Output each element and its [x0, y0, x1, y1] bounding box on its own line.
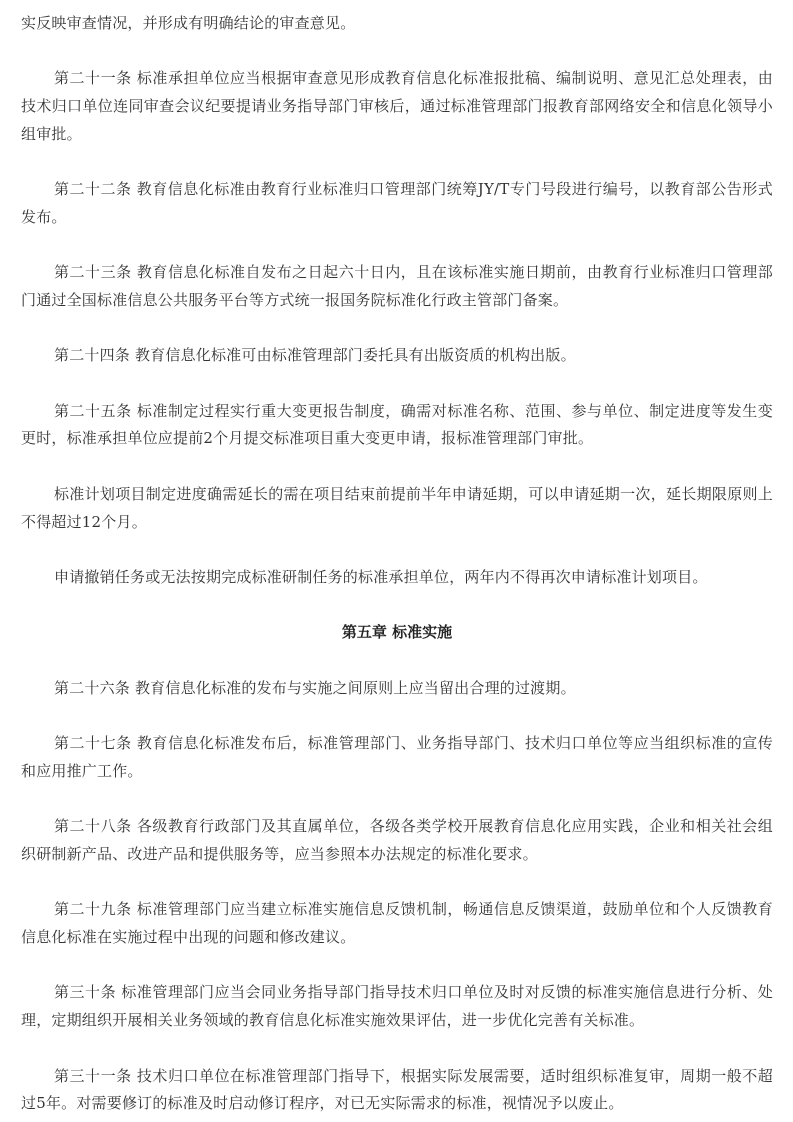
chapter-heading: 第五章 标准实施 [21, 619, 773, 647]
article-22: 第二十二条 教育信息化标准由教育行业标准归口管理部门统筹JY/T专门号段进行编号… [21, 176, 773, 231]
article-25-withdrawal-clause: 申请撤销任务或无法按期完成标准研制任务的标准承担单位，两年内不得再次申请标准计划… [21, 564, 773, 592]
article-27: 第二十七条 教育信息化标准发布后，标准管理部门、业务指导部门、技术归口单位等应当… [21, 730, 773, 785]
article-30: 第三十条 标准管理部门应当会同业务指导部门指导技术归口单位及时对反馈的标准实施信… [21, 979, 773, 1034]
article-31: 第三十一条 技术归口单位在标准管理部门指导下，根据实际发展需要，适时组织标准复审… [21, 1063, 773, 1118]
paragraph-continuation: 实反映审查情况，并形成有明确结论的审查意见。 [21, 10, 773, 38]
article-28: 第二十八条 各级教育行政部门及其直属单位，各级各类学校开展教育信息化应用实践，企… [21, 813, 773, 868]
article-26: 第二十六条 教育信息化标准的发布与实施之间原则上应当留出合理的过渡期。 [21, 675, 773, 703]
article-25-extension-clause: 标准计划项目制定进度确需延长的需在项目结束前提前半年申请延期，可以申请延期一次，… [21, 481, 773, 536]
article-25: 第二十五条 标准制定过程实行重大变更报告制度，确需对标准名称、范围、参与单位、制… [21, 398, 773, 453]
article-21: 第二十一条 标准承担单位应当根据审查意见形成教育信息化标准报批稿、编制说明、意见… [21, 65, 773, 148]
article-23: 第二十三条 教育信息化标准自发布之日起六十日内，且在该标准实施日期前，由教育行业… [21, 259, 773, 314]
article-24: 第二十四条 教育信息化标准可由标准管理部门委托具有出版资质的机构出版。 [21, 342, 773, 370]
article-29: 第二十九条 标准管理部门应当建立标准实施信息反馈机制，畅通信息反馈渠道，鼓励单位… [21, 896, 773, 951]
document-page: 实反映审查情况，并形成有明确结论的审查意见。 第二十一条 标准承担单位应当根据审… [0, 0, 793, 1122]
